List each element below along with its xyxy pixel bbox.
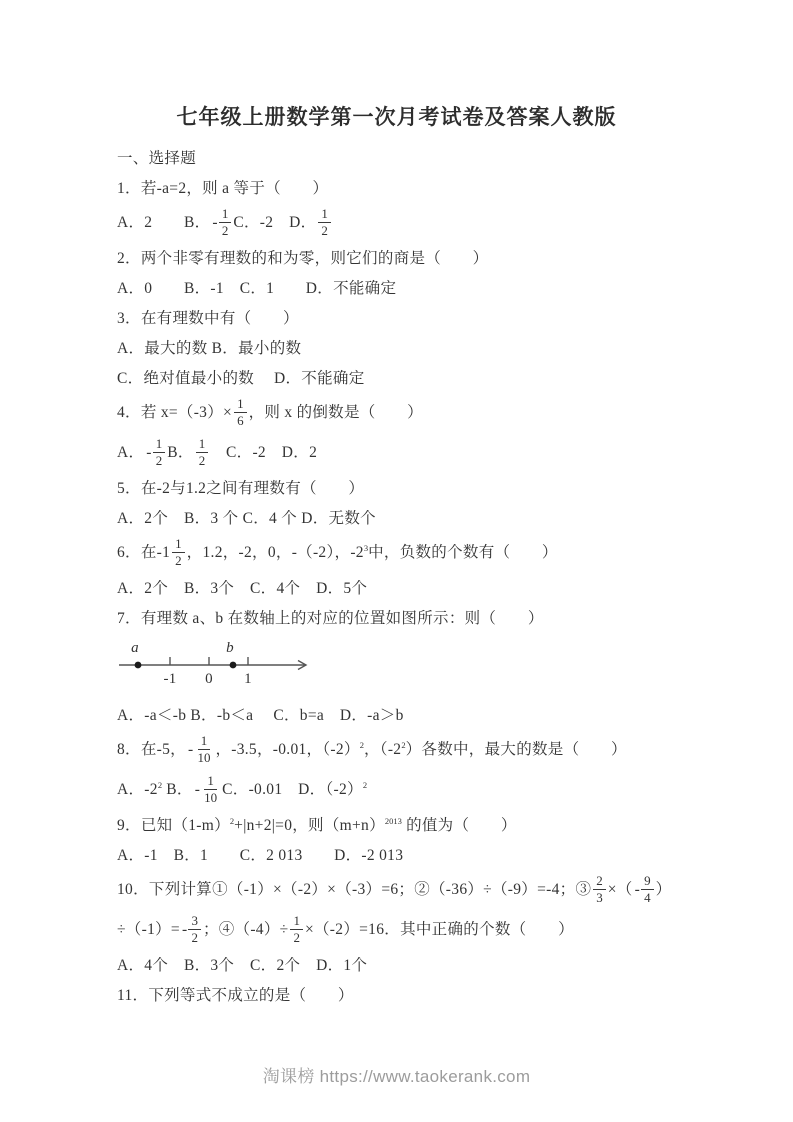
fraction-numerator: 1 <box>198 734 211 750</box>
question-2: 2．两个非零有理数的和为零，则它们的商是（ ）A．0 B．-1 C．1 D．不能… <box>117 248 741 299</box>
text-run: 3．在有理数中有（ ） <box>117 310 299 327</box>
question-10-stem-line1: 10．下列计算①（-1）×（-2）×（-3）=6；②（-36）÷（-9）=-4；… <box>117 875 741 906</box>
section-heading: 一、选择题 <box>117 148 741 169</box>
fraction-numerator: 1 <box>318 207 331 223</box>
text-run: 1．若-a=2，则 a 等于（ ） <box>117 180 328 197</box>
text-run: B． <box>162 781 193 798</box>
text-run: ；④（-4）÷ <box>203 921 289 938</box>
fraction-numerator: 1 <box>172 537 185 553</box>
superscript: 2 <box>363 780 367 790</box>
fraction-stack: 12 <box>196 437 209 468</box>
text-run: ）各数中，最大的数是（ ） <box>406 741 627 758</box>
fraction: -110 <box>188 734 213 765</box>
fraction-numerator: 9 <box>641 874 654 890</box>
text-run: ÷（-1）= <box>117 921 180 938</box>
fraction-numerator: 1 <box>196 437 209 453</box>
tick-label-1: 1 <box>244 671 252 687</box>
text-run: A．-1 B．1 C．2 013 D．-2 013 <box>117 847 403 864</box>
fraction: -32 <box>182 914 201 945</box>
fraction-stack: 12 <box>290 914 303 945</box>
fraction-stack: 12 <box>172 537 185 568</box>
text-run: A．-a＜-b B．-b＜a C．b=a D．-a＞b <box>117 707 404 724</box>
number-line-figure: -101ab <box>117 638 741 694</box>
point-a-label: a <box>131 640 139 656</box>
question-list: 1．若-a=2，则 a 等于（ ）A．2 B．-12C．-2 D．122．两个非… <box>117 178 741 1006</box>
point-b-label: b <box>226 640 234 656</box>
question-2-stem: 2．两个非零有理数的和为零，则它们的商是（ ） <box>117 248 741 269</box>
question-4: 4．若 x=（-3）×16，则 x 的倒数是（ ）A．-12B．12 C．-2 … <box>117 398 741 469</box>
fraction: -12 <box>146 437 165 468</box>
fraction-denominator: 2 <box>188 930 201 945</box>
fraction-denominator: 2 <box>290 930 303 945</box>
text-run: C．-0.01 D．（-2） <box>222 781 363 798</box>
fraction-stack: 12 <box>219 207 232 238</box>
text-run: ，1.2，-2，0，-（-2），-2 <box>187 544 364 561</box>
fraction-denominator: 2 <box>153 453 166 468</box>
question-5-options: A．2个 B．3 个 C．4 个 D．无数个 <box>117 508 741 529</box>
text-run: C．绝对值最小的数 D．不能确定 <box>117 370 365 387</box>
text-run: ） <box>656 881 672 898</box>
question-7-stem: 7．有理数 a、b 在数轴上的对应的位置如图所示：则（ ） <box>117 608 741 629</box>
question-8-stem: 8．在-5，-110，-3.5，-0.01，（-2）2，（-22）各数中，最大的… <box>117 735 741 766</box>
fraction-numerator: 1 <box>204 774 217 790</box>
fraction-stack: 12 <box>153 437 166 468</box>
text-run: 6．在-1 <box>117 544 170 561</box>
fraction-stack: 23 <box>593 874 606 905</box>
question-3-options-ab: A．最大的数 B．最小的数 <box>117 338 741 359</box>
text-run: A．2 B． <box>117 214 210 231</box>
superscript: 2013 <box>385 816 402 826</box>
fraction: 16 <box>234 397 247 428</box>
question-5: 5．在-2与1.2之间有理数有（ ）A．2个 B．3 个 C．4 个 D．无数个 <box>117 478 741 529</box>
question-1-stem: 1．若-a=2，则 a 等于（ ） <box>117 178 741 199</box>
fraction-denominator: 2 <box>219 223 232 238</box>
text-run: A．2个 B．3个 C．4个 D．5个 <box>117 580 367 597</box>
question-7: 7．有理数 a、b 在数轴上的对应的位置如图所示：则（ ）-101abA．-a＜… <box>117 608 741 726</box>
footer-watermark: 淘课榜 https://www.taokerank.com <box>0 1062 793 1087</box>
fraction-denominator: 2 <box>318 223 331 238</box>
question-1: 1．若-a=2，则 a 等于（ ）A．2 B．-12C．-2 D．12 <box>117 178 741 239</box>
text-run: ×（-2）=16．其中正确的个数（ ） <box>305 921 574 938</box>
text-run: 9．已知（1-m） <box>117 817 230 834</box>
question-4-options: A．-12B．12 C．-2 D．2 <box>117 438 741 469</box>
text-run: +|n+2|=0，则（m+n） <box>234 817 385 834</box>
tick-label-0: 0 <box>205 671 213 687</box>
question-9-stem: 9．已知（1-m）2+|n+2|=0，则（m+n）2013 的值为（ ） <box>117 815 741 836</box>
question-11-stem: 11．下列等式不成立的是（ ） <box>117 985 741 1006</box>
fraction-denominator: 6 <box>234 413 247 428</box>
fraction-denominator: 3 <box>593 890 606 905</box>
number-line-svg: -101ab <box>117 638 317 694</box>
text-run: 2．两个非零有理数的和为零，则它们的商是（ ） <box>117 250 488 267</box>
fraction: 23 <box>593 874 606 905</box>
page-title: 七年级上册数学第一次月考试卷及答案人教版 <box>0 0 793 131</box>
question-6: 6．在-112，1.2，-2，0，-（-2），-23中，负数的个数有（ ）A．2… <box>117 538 741 599</box>
text-run: C．-2 D． <box>233 214 316 231</box>
fraction-denominator: 2 <box>196 453 209 468</box>
fraction: -12 <box>212 207 231 238</box>
document-page: 七年级上册数学第一次月考试卷及答案人教版 一、选择题 1．若-a=2，则 a 等… <box>0 0 793 1122</box>
text-run: 中，负数的个数有（ ） <box>368 544 558 561</box>
fraction-stack: 110 <box>201 774 220 805</box>
text-run: A． <box>117 444 144 461</box>
text-run: A．最大的数 B．最小的数 <box>117 340 301 357</box>
text-run: 8．在-5， <box>117 741 186 758</box>
text-run: ，（-2 <box>364 741 401 758</box>
fraction-denominator: 10 <box>201 790 220 805</box>
question-8-options: A．-22 B．-110C．-0.01 D．（-2）2 <box>117 775 741 806</box>
fraction-numerator: 1 <box>219 207 232 223</box>
question-3-stem: 3．在有理数中有（ ） <box>117 308 741 329</box>
fraction-sign: - <box>188 739 193 760</box>
text-run: A．4个 B．3个 C．2个 D．1个 <box>117 957 367 974</box>
fraction-stack: 16 <box>234 397 247 428</box>
text-run: B． <box>167 444 193 461</box>
question-3: 3．在有理数中有（ ）A．最大的数 B．最小的数C．绝对值最小的数 D．不能确定 <box>117 308 741 389</box>
question-10-options: A．4个 B．3个 C．2个 D．1个 <box>117 955 741 976</box>
question-4-stem: 4．若 x=（-3）×16，则 x 的倒数是（ ） <box>117 398 741 429</box>
fraction: 12 <box>196 437 209 468</box>
fraction: 12 <box>172 537 185 568</box>
fraction-stack: 110 <box>194 734 213 765</box>
fraction-sign: - <box>182 919 187 940</box>
question-10: 10．下列计算①（-1）×（-2）×（-3）=6；②（-36）÷（-9）=-4；… <box>117 875 741 976</box>
text-run: ×（ <box>608 881 633 898</box>
tick-label--1: -1 <box>163 671 176 687</box>
text-run: A．-2 <box>117 781 158 798</box>
fraction-stack: 94 <box>641 874 654 905</box>
text-run: 4．若 x=（-3）× <box>117 404 232 421</box>
fraction-sign: - <box>212 212 217 233</box>
fraction-denominator: 4 <box>641 890 654 905</box>
question-6-stem: 6．在-112，1.2，-2，0，-（-2），-23中，负数的个数有（ ） <box>117 538 741 569</box>
question-5-stem: 5．在-2与1.2之间有理数有（ ） <box>117 478 741 499</box>
question-9-options: A．-1 B．1 C．2 013 D．-2 013 <box>117 845 741 866</box>
text-run: 5．在-2与1.2之间有理数有（ ） <box>117 480 364 497</box>
fraction-sign: - <box>635 879 640 900</box>
point-b-dot <box>230 662 237 669</box>
text-run: 7．有理数 a、b 在数轴上的对应的位置如图所示：则（ ） <box>117 610 544 627</box>
question-9: 9．已知（1-m）2+|n+2|=0，则（m+n）2013 的值为（ ）A．-1… <box>117 815 741 866</box>
question-2-options: A．0 B．-1 C．1 D．不能确定 <box>117 278 741 299</box>
fraction-numerator: 1 <box>234 397 247 413</box>
question-8: 8．在-5，-110，-3.5，-0.01，（-2）2，（-22）各数中，最大的… <box>117 735 741 806</box>
fraction-denominator: 10 <box>194 750 213 765</box>
text-run: A．0 B．-1 C．1 D．不能确定 <box>117 280 396 297</box>
text-run: 的值为（ ） <box>402 817 517 834</box>
question-6-options: A．2个 B．3个 C．4个 D．5个 <box>117 578 741 599</box>
fraction-stack: 32 <box>188 914 201 945</box>
fraction-numerator: 1 <box>153 437 166 453</box>
point-a-dot <box>135 662 142 669</box>
text-run: ，则 x 的倒数是（ ） <box>249 404 423 421</box>
text-run: A．2个 B．3 个 C．4 个 D．无数个 <box>117 510 376 527</box>
question-7-options: A．-a＜-b B．-b＜a C．b=a D．-a＞b <box>117 705 741 726</box>
text-run: C．-2 D．2 <box>210 444 317 461</box>
fraction: 12 <box>290 914 303 945</box>
question-3-options-cd: C．绝对值最小的数 D．不能确定 <box>117 368 741 389</box>
fraction: 12 <box>318 207 331 238</box>
document-content: 一、选择题 1．若-a=2，则 a 等于（ ）A．2 B．-12C．-2 D．1… <box>0 131 793 1006</box>
fraction: -94 <box>635 874 654 905</box>
text-run: 10．下列计算①（-1）×（-2）×（-3）=6；②（-36）÷（-9）=-4；… <box>117 881 591 898</box>
fraction: -110 <box>195 774 220 805</box>
question-10-stem-line2: ÷（-1）=-32；④（-4）÷12×（-2）=16．其中正确的个数（ ） <box>117 915 741 946</box>
fraction-denominator: 2 <box>172 553 185 568</box>
fraction-numerator: 1 <box>290 914 303 930</box>
text-run: 11．下列等式不成立的是（ ） <box>117 987 354 1004</box>
fraction-numerator: 2 <box>593 874 606 890</box>
question-1-options: A．2 B．-12C．-2 D．12 <box>117 208 741 239</box>
question-11: 11．下列等式不成立的是（ ） <box>117 985 741 1006</box>
fraction-sign: - <box>195 779 200 800</box>
fraction-stack: 12 <box>318 207 331 238</box>
text-run: ，-3.5，-0.01，（-2） <box>215 741 359 758</box>
fraction-numerator: 3 <box>188 914 201 930</box>
fraction-sign: - <box>146 442 151 463</box>
